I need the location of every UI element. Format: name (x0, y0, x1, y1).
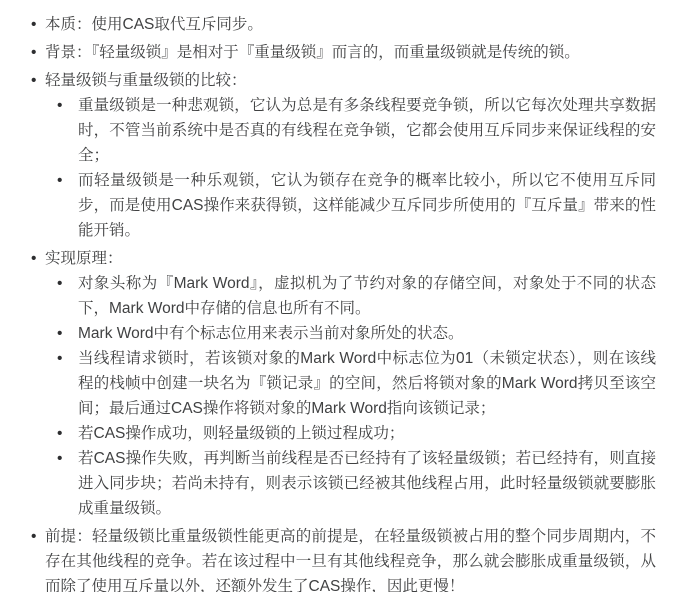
list-item-optimistic-lock: • 而轻量级锁是一种乐观锁，它认为锁存在竞争的概率比较小，所以它不使用互斥同步，… (78, 168, 656, 243)
note-text: 而轻量级锁是一种乐观锁，它认为锁存在竞争的概率比较小，所以它不使用互斥同步，而是… (78, 172, 656, 239)
note-text: 重量级锁是一种悲观锁，它认为总是有多条线程要竞争锁，所以它每次处理共享数据时，不… (78, 97, 656, 164)
list-item-principle: • 实现原理： • 对象头称为『Mark Word』，虚拟机为了节约对象的存储空… (45, 246, 656, 521)
notes-list: • 本质：使用CAS取代互斥同步。 • 背景：『轻量级锁』是相对于『重量级锁』而… (45, 12, 656, 592)
comparison-sublist: • 重量级锁是一种悲观锁，它认为总是有多条线程要竞争锁，所以它每次处理共享数据时… (78, 93, 656, 243)
note-text: Mark Word中有个标志位用来表示当前对象所处的状态。 (78, 325, 464, 342)
notes-page: • 本质：使用CAS取代互斥同步。 • 背景：『轻量级锁』是相对于『重量级锁』而… (0, 0, 678, 592)
principle-sublist: • 对象头称为『Mark Word』，虚拟机为了节约对象的存储空间，对象处于不同… (78, 271, 656, 521)
note-text: 若CAS操作失败，再判断当前线程是否已经持有了该轻量级锁；若已经持有，则直接进入… (78, 450, 656, 517)
bullet-icon: • (57, 93, 62, 118)
note-text: 轻量级锁与重量级锁的比较： (45, 72, 247, 89)
note-text: 若CAS操作成功，则轻量级锁的上锁过程成功； (78, 425, 404, 442)
list-item-flag-bit: • Mark Word中有个标志位用来表示当前对象所处的状态。 (78, 321, 656, 346)
note-text: 前提：轻量级锁比重量级锁性能更高的前提是，在轻量级锁被占用的整个同步周期内，不存… (45, 528, 656, 592)
note-text: 对象头称为『Mark Word』，虚拟机为了节约对象的存储空间，对象处于不同的状… (78, 275, 656, 317)
list-item-background: • 背景：『轻量级锁』是相对于『重量级锁』而言的，而重量级锁就是传统的锁。 (45, 40, 656, 65)
list-item-cas-failure: • 若CAS操作失败，再判断当前线程是否已经持有了该轻量级锁；若已经持有，则直接… (78, 446, 656, 521)
list-item-mark-word: • 对象头称为『Mark Word』，虚拟机为了节约对象的存储空间，对象处于不同… (78, 271, 656, 321)
list-item-lock-request: • 当线程请求锁时，若该锁对象的Mark Word中标志位为01（未锁定状态），… (78, 346, 656, 421)
bullet-icon: • (57, 421, 62, 446)
note-text: 本质：使用CAS取代互斥同步。 (45, 16, 263, 33)
bullet-icon: • (57, 346, 62, 371)
note-text: 当线程请求锁时，若该锁对象的Mark Word中标志位为01（未锁定状态），则在… (78, 350, 656, 417)
bullet-icon: • (31, 40, 36, 65)
bullet-icon: • (31, 246, 36, 271)
list-item-essence: • 本质：使用CAS取代互斥同步。 (45, 12, 656, 37)
bullet-icon: • (31, 524, 36, 549)
note-text: 实现原理： (45, 250, 123, 267)
bullet-icon: • (57, 321, 62, 346)
list-item-premise: • 前提：轻量级锁比重量级锁性能更高的前提是，在轻量级锁被占用的整个同步周期内，… (45, 524, 656, 592)
bullet-icon: • (57, 168, 62, 193)
list-item-comparison: • 轻量级锁与重量级锁的比较： • 重量级锁是一种悲观锁，它认为总是有多条线程要… (45, 68, 656, 243)
bullet-icon: • (31, 68, 36, 93)
bullet-icon: • (57, 446, 62, 471)
bullet-icon: • (31, 12, 36, 37)
note-text: 背景：『轻量级锁』是相对于『重量级锁』而言的，而重量级锁就是传统的锁。 (45, 44, 580, 61)
list-item-pessimistic-lock: • 重量级锁是一种悲观锁，它认为总是有多条线程要竞争锁，所以它每次处理共享数据时… (78, 93, 656, 168)
bullet-icon: • (57, 271, 62, 296)
list-item-cas-success: • 若CAS操作成功，则轻量级锁的上锁过程成功； (78, 421, 656, 446)
